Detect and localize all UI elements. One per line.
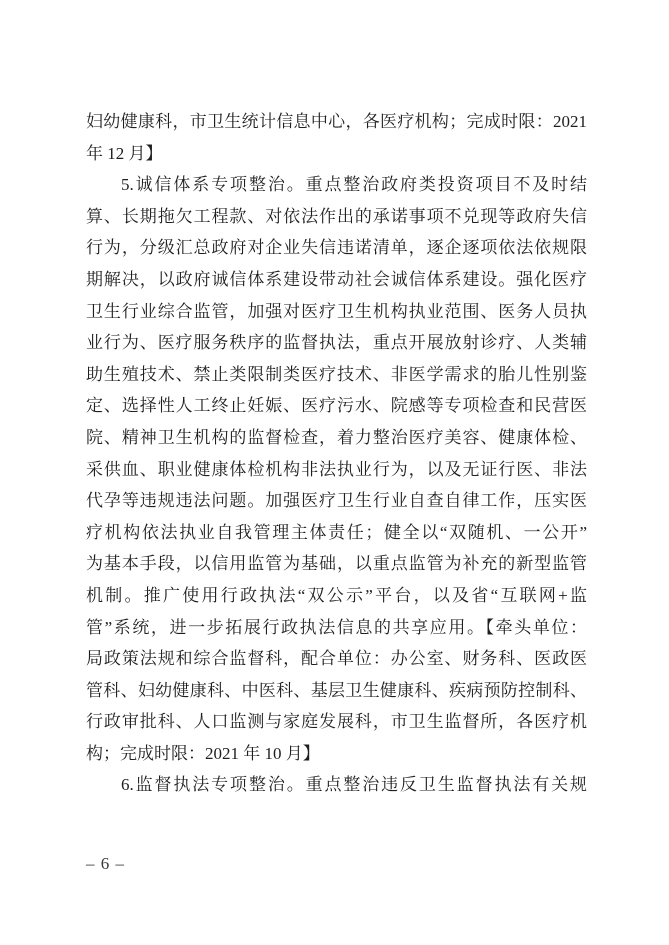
text-line: 管”系统，进一步拓展行政执法信息的共享应用。【牵头单位： [86,612,587,644]
text-line: 5.诚信体系专项整治。重点整治政府类投资项目不及时结 [86,169,587,201]
text-block: 妇幼健康科，市卫生统计信息中心，各医疗机构；完成时限：2021 年 12 月】 … [86,106,587,801]
text-line: 年 12 月】 [86,138,587,170]
text-line: 构；完成时限：2021 年 10 月】 [86,738,587,770]
text-line: 助生殖技术、禁止类限制类医疗技术、非医学需求的胎儿性别鉴 [86,359,587,391]
text-line: 业行为、医疗服务秩序的监督执法，重点开展放射诊疗、人类辅 [86,327,587,359]
text-line: 期解决，以政府诚信体系建设带动社会诚信体系建设。强化医疗 [86,264,587,296]
document-page: 妇幼健康科，市卫生统计信息中心，各医疗机构；完成时限：2021 年 12 月】 … [0,0,669,945]
text-line: 妇幼健康科，市卫生统计信息中心，各医疗机构；完成时限：2021 [86,106,587,138]
text-line: 代孕等违规违法问题。加强医疗卫生行业自查自律工作，压实医 [86,485,587,517]
text-line: 机制。推广使用行政执法“双公示”平台，以及省“互联网+监 [86,580,587,612]
text-line: 为基本手段，以信用监管为基础，以重点监管为补充的新型监管 [86,548,587,580]
text-line: 算、长期拖欠工程款、对依法作出的承诺事项不兑现等政府失信 [86,201,587,233]
text-line: 管科、妇幼健康科、中医科、基层卫生健康科、疾病预防控制科、 [86,675,587,707]
text-line: 行政审批科、人口监测与家庭发展科，市卫生监督所，各医疗机 [86,706,587,738]
text-line: 局政策法规和综合监督科，配合单位：办公室、财务科、医政医 [86,643,587,675]
text-line: 卫生行业综合监管，加强对医疗卫生机构执业范围、医务人员执 [86,296,587,328]
text-line: 采供血、职业健康体检机构非法执业行为，以及无证行医、非法 [86,454,587,486]
text-line: 行为，分级汇总政府对企业失信违诺清单，逐企逐项依法依规限 [86,232,587,264]
page-number: – 6 – [86,853,125,875]
text-line: 6.监督执法专项整治。重点整治违反卫生监督执法有关规 [86,769,587,801]
text-line: 疗机构依法执业自我管理主体责任；健全以“双随机、一公开” [86,517,587,549]
text-line: 院、精神卫生机构的监督检查，着力整治医疗美容、健康体检、 [86,422,587,454]
text-line: 定、选择性人工终止妊娠、医疗污水、院感等专项检查和民营医 [86,390,587,422]
